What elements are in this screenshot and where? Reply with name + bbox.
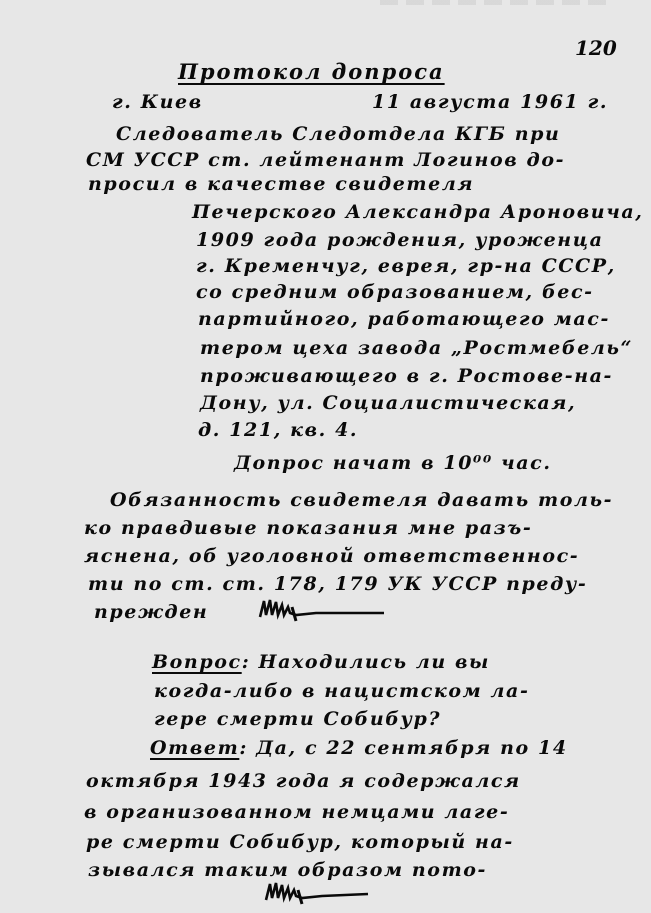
warning-line: ти по ст. ст. 178, 179 УК УССР преду-: [88, 572, 587, 596]
answer-block: Ответ: Да, с 22 сентября по 14: [150, 736, 568, 760]
warning-line: прежден: [94, 600, 208, 624]
signature-bottom: [262, 880, 372, 902]
intro-line: СМ УССР ст. лейтенант Логинов до-: [86, 148, 565, 172]
document-page: 120 Протокол допроса г. Киев 11 августа …: [0, 0, 651, 913]
witness-line: Печерского Александра Ароновича,: [192, 200, 644, 224]
document-title: Протокол допроса: [178, 60, 445, 84]
question-line: : Находились ли вы: [242, 651, 490, 673]
witness-line: 1909 года рождения, уроженца: [196, 228, 604, 252]
signature: [256, 597, 386, 619]
warning-line: Обязанность свидетеля давать толь-: [110, 488, 613, 512]
page-number: 120: [575, 36, 617, 60]
question-line: гере смерти Собибур?: [154, 707, 441, 731]
answer-line: : Да, с 22 сентября по 14: [239, 737, 567, 759]
date: 11 августа 1961 г.: [372, 90, 608, 114]
witness-line: партийного, работающего мас-: [198, 307, 610, 331]
answer-line: зывался таким образом пото-: [88, 858, 487, 882]
answer-line: в организованном немцами лаге-: [84, 800, 509, 824]
warning-line: ко правдивые показания мне разъ-: [84, 516, 532, 540]
witness-line: со средним образованием, бес-: [196, 280, 594, 304]
answer-label: Ответ: [150, 737, 239, 759]
question-block: Вопрос: Находились ли вы: [152, 650, 490, 674]
answer-line: октября 1943 года я содержался: [86, 769, 521, 793]
interrogation-start: Допрос начат в 10⁰⁰ час.: [234, 451, 552, 475]
intro-line: Следователь Следотдела КГБ при: [116, 122, 560, 146]
witness-line: тером цеха завода „Ростмебель“: [200, 336, 633, 360]
faint-header-marks: [380, 0, 610, 5]
place: г. Киев: [112, 90, 203, 114]
witness-line: д. 121, кв. 4.: [198, 418, 358, 442]
witness-line: проживающего в г. Ростове-на-: [200, 364, 613, 388]
intro-line: просил в качестве свидетеля: [88, 172, 474, 196]
witness-line: г. Кременчуг, еврея, гр-на СССР,: [196, 254, 616, 278]
warning-line: яснена, об уголовной ответственнос-: [84, 544, 579, 568]
answer-line: ре смерти Собибур, который на-: [86, 830, 514, 854]
question-label: Вопрос: [152, 651, 242, 673]
witness-line: Дону, ул. Социалистическая,: [200, 391, 576, 415]
question-line: когда-либо в нацистском ла-: [154, 679, 529, 703]
